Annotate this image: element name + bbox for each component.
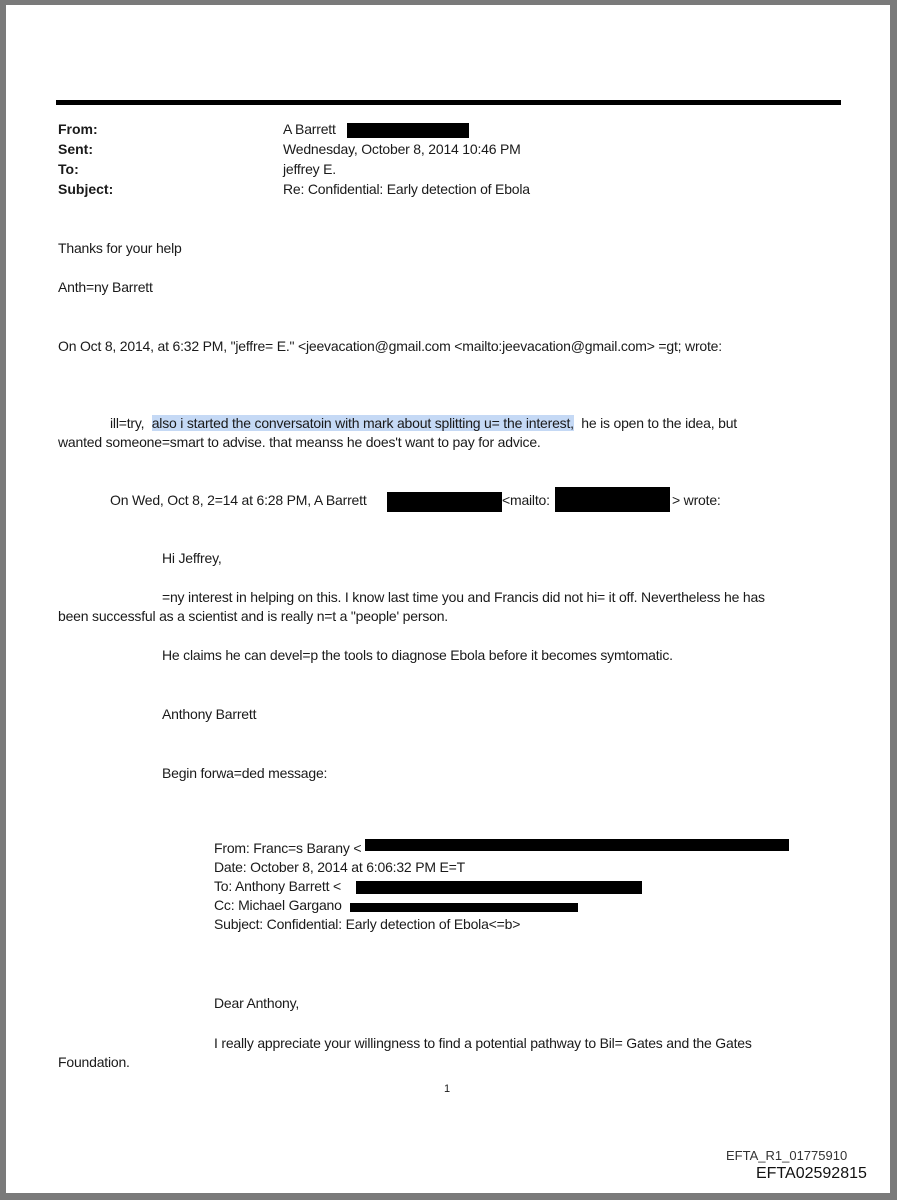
highlighted-text: also i started the conversatoin with mar…	[152, 415, 574, 431]
from-label: From:	[58, 121, 98, 137]
quote2-intro-c: > wrote:	[672, 492, 721, 508]
fwd-para-line1: I really appreciate your willingness to …	[214, 1035, 752, 1051]
quote1-end: he is open to the idea, but	[581, 415, 737, 431]
quote2-intro-b: <mailto:	[502, 492, 550, 508]
forwarded-label: Begin forwa=ded message:	[162, 765, 327, 781]
header-rule	[56, 100, 841, 105]
redaction-box	[387, 492, 502, 512]
to-value: jeffrey E.	[283, 161, 336, 177]
fwd-para-line2: Foundation.	[58, 1054, 130, 1070]
redaction-box	[356, 881, 642, 894]
para1-line2: been successful as a scientist and is re…	[58, 608, 448, 624]
para1-line1: =ny interest in helping on this. I know …	[162, 589, 765, 605]
fwd-from: From: Franc=s Barany <	[214, 840, 361, 856]
greeting: Hi Jeffrey,	[162, 550, 222, 566]
para2: He claims he can devel=p the tools to di…	[162, 647, 673, 663]
sent-label: Sent:	[58, 141, 93, 157]
fwd-to: To: Anthony Barrett <	[214, 878, 341, 894]
body-line-signoff: Anth=ny Barrett	[58, 279, 153, 295]
quote1-para-line1: ill=try, also i started the conversatoin…	[110, 415, 737, 431]
subject-label: Subject:	[58, 181, 113, 197]
document-page: From: Sent: To: Subject: A Barrett Wedne…	[6, 5, 890, 1193]
quote1-intro: On Oct 8, 2014, at 6:32 PM, "jeffre= E."…	[58, 338, 722, 354]
redaction-box	[555, 487, 670, 512]
redaction-box	[365, 839, 789, 851]
footer-id-1: EFTA_R1_01775910	[726, 1148, 847, 1163]
redaction-box	[350, 903, 578, 912]
quote2-intro-a: On Wed, Oct 8, 2=14 at 6:28 PM, A Barret…	[110, 492, 367, 508]
subject-value: Re: Confidential: Early detection of Ebo…	[283, 181, 530, 197]
to-label: To:	[58, 161, 79, 177]
redaction-box	[347, 123, 469, 138]
fwd-greeting: Dear Anthony,	[214, 995, 299, 1011]
from-value: A Barrett	[283, 121, 336, 137]
body-line-thanks: Thanks for your help	[58, 240, 182, 256]
fwd-cc: Cc: Michael Gargano	[214, 897, 342, 913]
fwd-subject: Subject: Confidential: Early detection o…	[214, 916, 520, 932]
page-number: 1	[444, 1083, 450, 1095]
quote1-para-line2: wanted someone=smart to advise. that mea…	[58, 434, 541, 450]
sent-value: Wednesday, October 8, 2014 10:46 PM	[283, 141, 521, 157]
footer-id-2: EFTA02592815	[756, 1165, 867, 1183]
quote1-start: ill=try,	[110, 415, 144, 431]
fwd-date: Date: October 8, 2014 at 6:06:32 PM E=T	[214, 859, 465, 875]
signature: Anthony Barrett	[162, 706, 256, 722]
